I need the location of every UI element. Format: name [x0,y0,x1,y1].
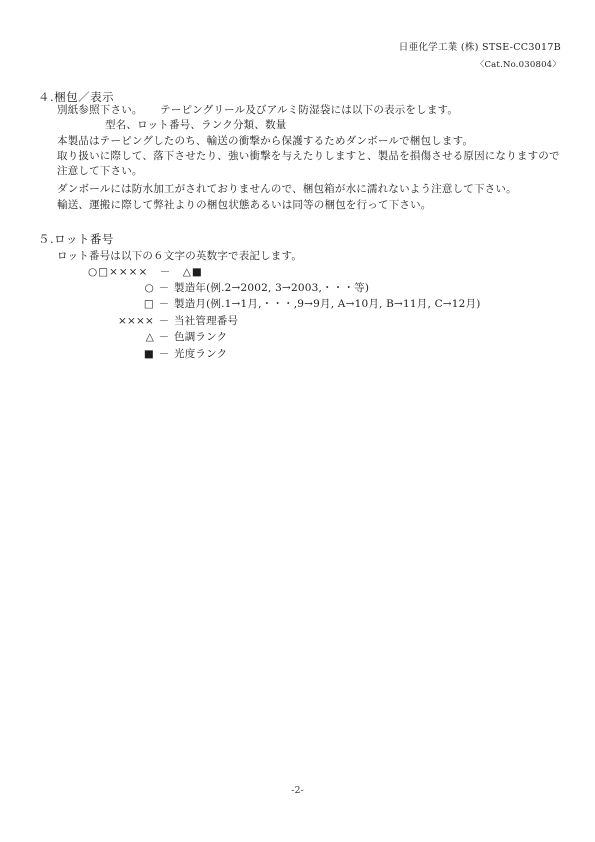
legend-row-month: □ － 製造月(例.1→1月,・・・,9→9月, A→10月, B→11月, C… [88,296,481,312]
legend-desc-month: 製造月(例.1→1月,・・・,9→9月, A→10月, B→11月, C→12月… [174,296,481,312]
legend-dash: － [154,346,174,362]
legend-dash: － [154,296,174,312]
lot-number-intro: ロット番号は以下の６文字の英数字で表記します。 [57,248,302,263]
legend-dash: － [154,329,174,345]
document-page: 日亜化学工業 (株) STSE-CC3017B 〈Cat.No.030804〉 … [0,0,595,842]
catalog-number: 〈Cat.No.030804〉 [399,60,561,70]
legend-symbol-triangle: △ [88,329,154,345]
handling-caution-line2: 注意して下さい。 [57,164,572,179]
legend-desc-color-rank: 色調ランク [174,329,227,345]
lot-number-legend: ○ － 製造年(例.2→2002, 3→2003,・・・等) □ － 製造月(例… [88,280,481,362]
section-packing-body: 別紙参照下さい。 テーピングリール及びアルミ防湿袋には以下の表示をします。 型名… [57,103,572,213]
legend-dash: － [154,313,174,329]
legend-desc-control-number: 当社管理番号 [174,313,238,329]
transport-note: 輸送、運搬に際して弊社よりの梱包状態あるいは同等の梱包を行って下さい。 [57,198,572,213]
document-header: 日亜化学工業 (株) STSE-CC3017B 〈Cat.No.030804〉 [399,42,561,70]
legend-row-year: ○ － 製造年(例.2→2002, 3→2003,・・・等) [88,280,481,296]
legend-symbol-square: □ [88,296,154,312]
legend-symbol-filled-square: ■ [88,346,154,362]
waterproof-caution: ダンボールには防水加工がされておりませんので、梱包箱が水に濡れないよう注意して下… [57,182,572,197]
legend-symbol-xxxx: ×××× [88,313,154,329]
packing-carton-note: 本製品はテーピングしたのち、輸送の衝撃から保護するためダンボールで梱包します。 [57,134,572,149]
packing-line-reference: 別紙参照下さい。 テーピングリール及びアルミ防湿袋には以下の表示をします。 [57,103,572,118]
handling-caution-line1: 取り扱いに際して、落下させたり、強い衝撃を与えたりしますと、製品を損傷させる原因… [57,149,572,164]
marking-note: テーピングリール及びアルミ防湿袋には以下の表示をします。 [160,103,458,118]
page-number: -2- [0,785,595,796]
legend-row-control-number: ×××× － 当社管理番号 [88,313,481,329]
lot-number-format: ○□×××× － △■ [88,264,203,279]
marking-items: 型名、ロット番号、ランク分類、数量 [57,118,572,133]
legend-desc-year: 製造年(例.2→2002, 3→2003,・・・等) [174,280,369,296]
section-heading-lot-number: ５.ロット番号 [38,231,114,247]
legend-row-intensity-rank: ■ － 光度ランク [88,346,481,362]
reference-note: 別紙参照下さい。 [57,103,143,118]
legend-desc-intensity-rank: 光度ランク [174,346,227,362]
company-and-doc-number: 日亜化学工業 (株) STSE-CC3017B [399,42,561,53]
legend-row-color-rank: △ － 色調ランク [88,329,481,345]
legend-symbol-circle: ○ [88,280,154,296]
legend-dash: － [154,280,174,296]
